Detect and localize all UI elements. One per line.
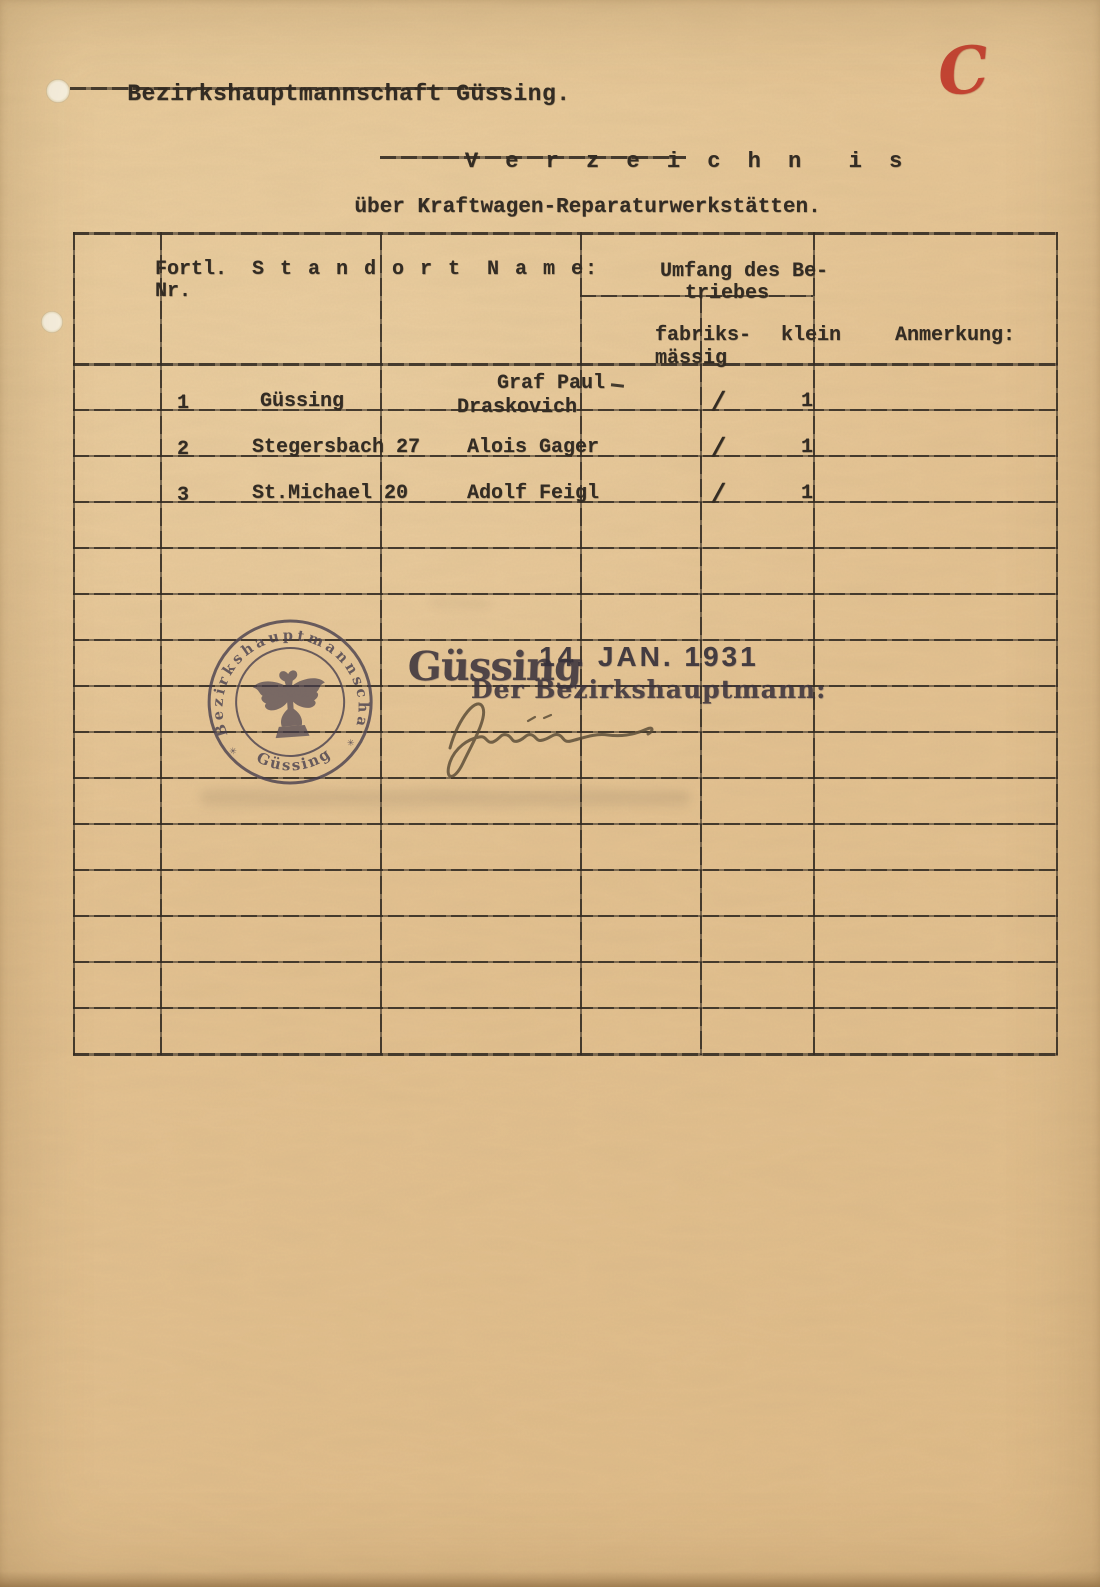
row3-name: Adolf Feigl [395, 462, 599, 525]
scan-bottom-edge [0, 1571, 1100, 1587]
letterhead: Bezirkshauptmannschaft Güssing. [70, 58, 571, 130]
svg-text:Güssing: Güssing [253, 743, 336, 777]
row3-nr: 3 [105, 464, 189, 527]
table-grid-line [73, 1007, 1058, 1009]
table-grid-line [73, 823, 1058, 825]
page-title-text: V e r z e i c h n i s [465, 149, 909, 174]
row3-standort-text: St.Michael 20 [252, 482, 408, 505]
table-grid-line-bottom [73, 1053, 1058, 1056]
page-subtitle-text: über Kraftwagen-Reparaturwerkstätten. [354, 196, 820, 219]
punch-hole-bottom [41, 311, 63, 333]
row3-fabriksmaessig: / [613, 454, 726, 539]
table-border-left [73, 232, 75, 1055]
row2-klein-text: 1 [801, 436, 813, 459]
table-border-right [1056, 232, 1058, 1055]
punch-hole-top [46, 79, 70, 103]
letterhead-underline [70, 87, 504, 90]
row3-name-text: Adolf Feigl [467, 482, 599, 505]
scanned-document-page: Bezirkshauptmannschaft Güssing. C V e r … [0, 0, 1100, 1587]
table-grid-line [73, 232, 1058, 235]
row1-klein-text: 1 [801, 390, 813, 413]
header-anmerkung: Anmerkung: [823, 304, 1015, 367]
header-name: N a m e: [403, 238, 599, 301]
header-anmerkung-text: Anmerkung: [895, 324, 1015, 347]
signature [432, 688, 702, 788]
seal-eagle-icon [252, 668, 328, 739]
seal-bottom-text: Güssing [253, 743, 336, 777]
row3-fabriks-mark: / [710, 481, 726, 511]
table-grid-line [73, 915, 1058, 917]
row1-standort-text: Güssing [260, 390, 344, 413]
row3-standort: St.Michael 20 [180, 462, 408, 525]
header-umfang-line2-text: triebes [685, 282, 769, 305]
seal-ornament-left: ✳ [229, 744, 237, 758]
corner-mark-c: C [934, 32, 992, 112]
row2-name-text: Alois Gager [467, 436, 599, 459]
official-seal: Bezirkshauptmannschaft Güssing ✳ ✳ [202, 612, 378, 792]
table-grid-line [73, 961, 1058, 963]
seal-ornament-right: ✳ [347, 736, 355, 750]
table-grid-col-nr [160, 232, 162, 1055]
table-grid-line [73, 547, 1058, 549]
smudge-mark-small [430, 598, 490, 608]
smudge-mark [200, 790, 690, 806]
letterhead-text: Bezirkshauptmannschaft Güssing. [127, 81, 570, 107]
header-klein: klein [709, 304, 841, 367]
row3-klein: 1 [729, 462, 813, 525]
row3-klein-text: 1 [801, 482, 813, 505]
title-underline [380, 156, 686, 159]
header-name-text: N a m e: [487, 258, 599, 281]
table-grid-line [73, 869, 1058, 871]
table-grid-line [73, 593, 1058, 595]
